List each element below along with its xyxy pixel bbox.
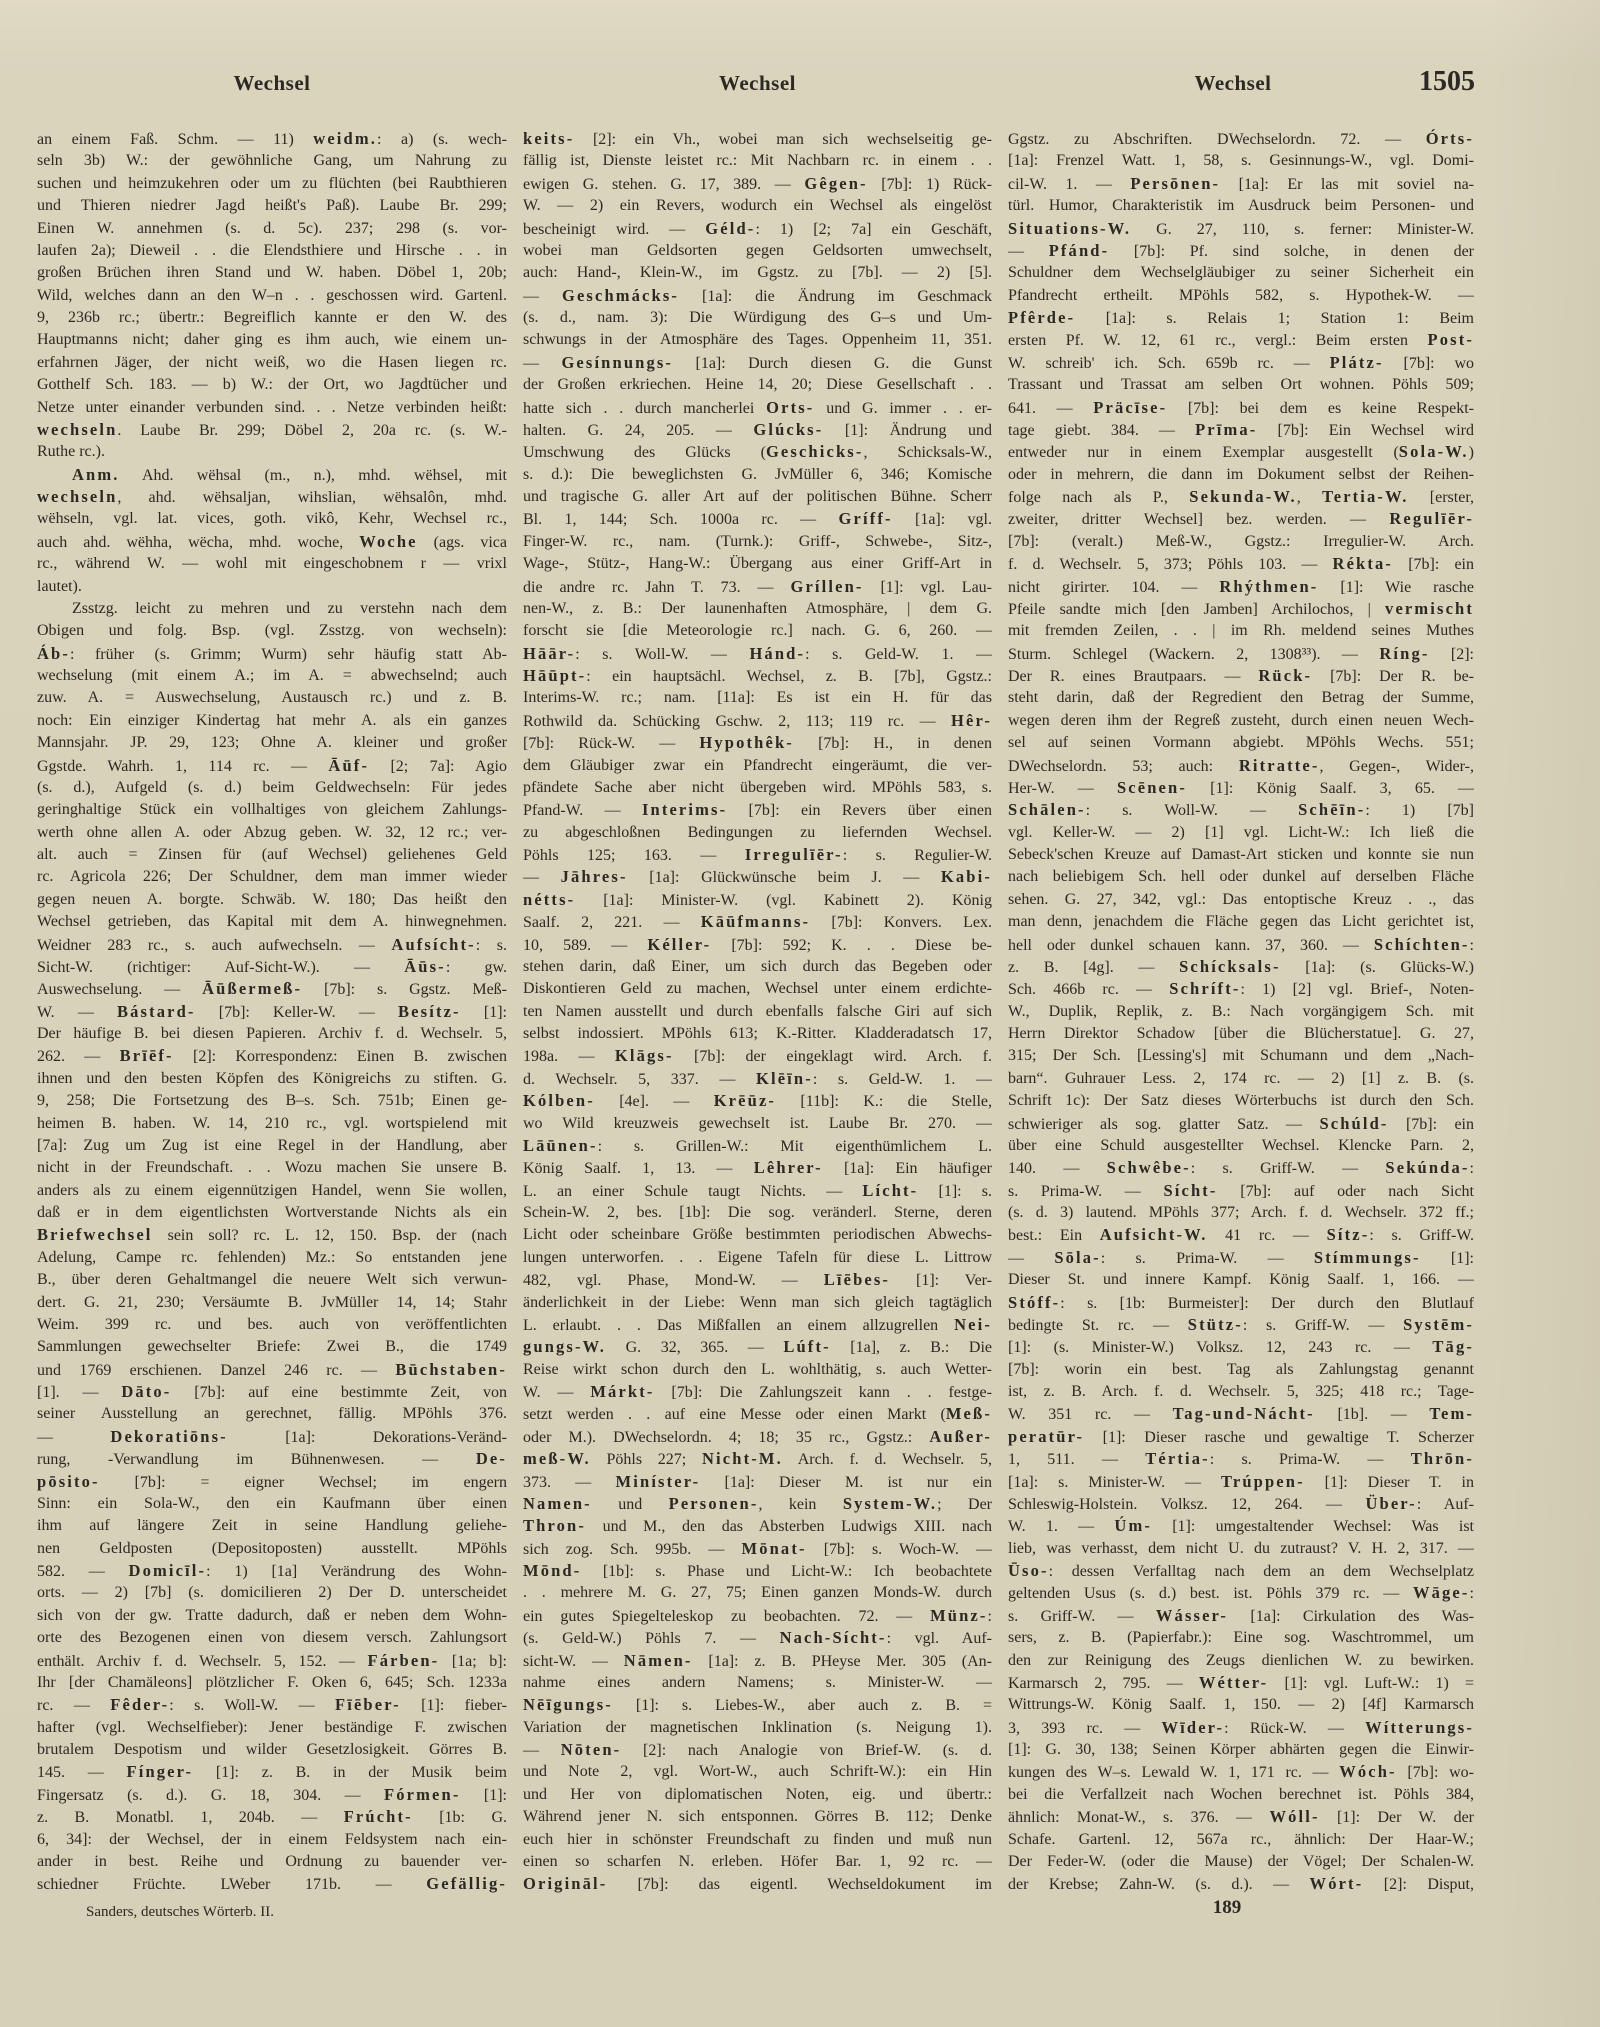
headword: Wétter- xyxy=(1199,1673,1268,1692)
text-line: sich von der gw. Tratte dadurch, daß er … xyxy=(37,1605,507,1627)
column-3: Ggstz. zu Abschriften. DWechselordn. 72.… xyxy=(1008,128,1474,1896)
headword: Besítz- xyxy=(398,1002,461,1021)
text-line: 6, 34]: der Wechsel, der in einem Feldsy… xyxy=(37,1829,507,1851)
text-line: best.: Ein Aufsicht-W. 41 rc. — Sítz-: s… xyxy=(1008,1224,1474,1246)
text-line: Fingersatz (s. d.). G. 18, 304. — Fórmen… xyxy=(37,1784,507,1806)
headword: Ūso- xyxy=(1008,1561,1049,1580)
text-line: ist, z. B. Arch. f. d. Wechselr. 5, 325;… xyxy=(1008,1381,1474,1403)
text-line: — Gesínnungs- [1a]: Durch diesen G. die … xyxy=(523,352,992,374)
text-line: türl. Humor, Charakteristik im Ausdruck … xyxy=(1008,195,1474,217)
text-line: Kólben- [4e]. — Krēūz- [11b]: K.: die St… xyxy=(523,1090,992,1112)
text-line: rung, -Verwandlung im Bühnenwesen. — De- xyxy=(37,1448,507,1470)
headword: Woche xyxy=(359,532,417,551)
text-line: wo Wild kreuzweis gewechselt ist. Laube … xyxy=(523,1113,992,1135)
text-line: und Note 2, vgl. Wort-W., auch Schrift-W… xyxy=(523,1761,992,1783)
headword: Lúft- xyxy=(783,1337,830,1356)
text-line: forscht sie [die Meteorologie rc.] nach.… xyxy=(523,620,992,642)
headword: Pfánd- xyxy=(1049,241,1110,260)
headword: Órts- xyxy=(1426,129,1474,148)
headword: Tag-und-Nácht- xyxy=(1173,1404,1315,1423)
headword: Stímmungs- xyxy=(1314,1248,1421,1267)
text-line: Reise wirkt schon durch den L. wohlthäti… xyxy=(523,1359,992,1381)
text-line: W., Duplik, Replik, z. B.: Nach vorgängi… xyxy=(1008,1001,1474,1023)
headword: Gesínnungs- xyxy=(561,353,673,372)
text-line: gungs-W. G. 32, 365. — Lúft- [1a], z. B.… xyxy=(523,1336,992,1358)
headword: Sekunda-W. xyxy=(1189,487,1297,506)
text-line: bescheinigt wird. — Géld-: 1) [2; 7a] ei… xyxy=(523,218,992,240)
headword: Līēbes- xyxy=(824,1270,890,1289)
text-line: ihnen und den besten Köpfen des Königrei… xyxy=(37,1068,507,1090)
text-line: Einen W. annehmen (s. d. 5c). 237; 298 (… xyxy=(37,218,507,240)
text-line: orts. — 2) [7b] (s. domicilieren 2) Der … xyxy=(37,1582,507,1604)
text-line: (s. d., nam. 3): Die Würdigung des G–s u… xyxy=(523,307,992,329)
text-line: [1]. — Dāto- [7b]: auf eine bestimmte Ze… xyxy=(37,1381,507,1403)
headword: Tāg- xyxy=(1432,1337,1474,1356)
text-line: peratūr- [1]: Dieser rasche und gewaltig… xyxy=(1008,1426,1474,1448)
text-line: entweder nur in einem Exemplar ausgestel… xyxy=(1008,441,1474,463)
headword: De- xyxy=(476,1449,507,1468)
headword: Schālen- xyxy=(1008,800,1086,819)
headword: Nach-Sícht- xyxy=(780,1628,887,1647)
text-line: 641. — Präcīse- [7b]: bei dem es keine R… xyxy=(1008,397,1474,419)
text-line: Rothwild da. Schücking Gschw. 2, 113; 11… xyxy=(523,710,992,732)
text-line: heimen B. haben. W. 14, 210 rc., vgl. wo… xyxy=(37,1113,507,1135)
text-line: Mōnd- [1b]: s. Phase und Licht-W.: Ich b… xyxy=(523,1560,992,1582)
headword: Personen- xyxy=(669,1494,759,1513)
text-line: [1]: (s. Minister-W.) Volksz. 12, 243 rc… xyxy=(1008,1336,1474,1358)
text-line: s. Prima-W. — Sícht- [7b]: auf oder nach… xyxy=(1008,1180,1474,1202)
text-line: barn“. Guhrauer Less. 2, 174 rc. — 2) [1… xyxy=(1008,1068,1474,1090)
text-line: wechseln. Laube Br. 299; Döbel 2, 20a rc… xyxy=(37,419,507,441)
text-line: und 1769 erschienen. Danzel 246 rc. — Bū… xyxy=(37,1359,507,1381)
text-line: Licht oder scheinbare Größe bestimmten p… xyxy=(523,1224,992,1246)
text-line: folge nach als P., Sekunda-W., Tertia-W.… xyxy=(1008,486,1474,508)
text-line: der Krebse; Zahn-W. (s. d.). — Wórt- [2]… xyxy=(1008,1873,1474,1895)
text-line: mit fremden Zeilen, . . | im Rh. meldend… xyxy=(1008,620,1474,642)
headword: Prīma- xyxy=(1195,420,1257,439)
headword: Nei- xyxy=(954,1315,992,1334)
headword: Persōnen- xyxy=(1130,174,1220,193)
text-line: Der R. eines Brautpaars. — Rück- [7b]: D… xyxy=(1008,665,1474,687)
text-line: lieb, was verhasst, dem nicht U. du zutr… xyxy=(1008,1538,1474,1560)
headword: Hêr- xyxy=(951,711,992,730)
text-line: wobei man Geldsorten gegen Geldsorten um… xyxy=(523,240,992,262)
text-line: [1a]: Frenzel Watt. 1, 58, s. Gesinnungs… xyxy=(1008,150,1474,172)
text-line: einen so scharfen N. erleben. Höfer Bar.… xyxy=(523,1851,992,1873)
headword: Sola-W. xyxy=(1399,442,1469,461)
headword: Sōla- xyxy=(1054,1248,1100,1267)
text-line: Schālen-: s. Woll-W. — Schēīn-: 1) [7b] xyxy=(1008,799,1474,821)
text-line: B., über deren Gehaltmangel die neuere W… xyxy=(37,1269,507,1291)
text-line: Sebeck'schen Kreuze auf Damast-Art stick… xyxy=(1008,844,1474,866)
text-line: 3, 393 rc. — Wīder-: Rück-W. — Wítterung… xyxy=(1008,1717,1474,1739)
text-line: laufen 2a); Dieweil . . die Elendsthiere… xyxy=(37,240,507,262)
text-line: (s. d. 3) lautend. MPöhls 377; Arch. f. … xyxy=(1008,1202,1474,1224)
text-line: wechseln, ahd. wëhsaljan, wihslian, wëhs… xyxy=(37,486,507,508)
headword: Präcīse- xyxy=(1093,398,1167,417)
text-line: an einem Faß. Schm. — 11) weidm.: a) (s.… xyxy=(37,128,507,150)
text-line: Pfandrecht ertheilt. MPöhls 582, s. Hypo… xyxy=(1008,285,1474,307)
text-line: Hāār-: s. Woll-W. — Hánd-: s. Geld-W. 1.… xyxy=(523,643,992,665)
text-line: ähnlich: Monat-W., s. 376. — Wóll- [1]: … xyxy=(1008,1806,1474,1828)
headword: Domicīl- xyxy=(129,1561,207,1580)
text-line: auch: Hand-, Klein-W., im Ggstz. zu [7b]… xyxy=(523,262,992,284)
text-line: lautet). xyxy=(37,576,507,598)
text-line: bedingte St. rc. — Stütz-: s. Griff-W. —… xyxy=(1008,1314,1474,1336)
headword: Wóch- xyxy=(1339,1762,1396,1781)
text-line: keits- [2]: ein Vh., wobei man sich wech… xyxy=(523,128,992,150)
headword: System-W. xyxy=(843,1494,937,1513)
text-line: sers, z. B. (Papierfabr.): Eine sog. Was… xyxy=(1008,1627,1474,1649)
text-line: lungen unterworfen. . . Eigene Tafeln fü… xyxy=(523,1247,992,1269)
headword: Thrōn- xyxy=(1411,1449,1474,1468)
headword: Fêder- xyxy=(110,1695,169,1714)
text-line: Nēīgungs- [1]: s. Liebes-W., aber auch z… xyxy=(523,1694,992,1716)
text-line: W. 351 rc. — Tag-und-Nácht- [1b]. — Tem- xyxy=(1008,1403,1474,1425)
headword: Irregulīēr- xyxy=(745,845,843,864)
text-line: Herrn Direktor Schadow [über die Blücher… xyxy=(1008,1023,1474,1045)
headword: Sekúnda- xyxy=(1385,1158,1469,1177)
headword: Kólben- xyxy=(523,1091,595,1110)
headword: Aufsícht- xyxy=(391,935,475,954)
text-line: nen Geldposten (Depositoposten) ausstell… xyxy=(37,1538,507,1560)
text-line: L. an einer Schule taugt Nichts. — Lícht… xyxy=(523,1180,992,1202)
text-line: gegen neuen A. borgte. Schwäb. W. 180; D… xyxy=(37,889,507,911)
text-line: 373. — Miníster- [1a]: Dieser M. ist nur… xyxy=(523,1471,992,1493)
text-line: 582. — Domicīl-: 1) [1a] Verändrung des … xyxy=(37,1560,507,1582)
text-line: geringhaltige Stück ein vollhaltiges von… xyxy=(37,799,507,821)
text-line: 10, 589. — Kéller- [7b]: 592; K. . . Die… xyxy=(523,934,992,956)
headword: Wórt- xyxy=(1310,1874,1364,1893)
headword: Gefällig- xyxy=(426,1874,507,1893)
text-line: steht darin, daß der Regredient den Betr… xyxy=(1008,687,1474,709)
text-line: W. — Márkt- [7b]: Die Zahlungszeit kann … xyxy=(523,1381,992,1403)
text-line: Weidner 283 rc., s. auch aufwechseln. — … xyxy=(37,934,507,956)
headword: Fórmen- xyxy=(384,1785,460,1804)
text-line: seiner Ausstellung an gerechnet, fällig.… xyxy=(37,1403,507,1425)
text-line: orte des Bezogenen einen von diesem vers… xyxy=(37,1627,507,1649)
text-line: änderlichkeit in der Liebe: Wenn man sic… xyxy=(523,1292,992,1314)
text-line: und tragische G. aller Art auf der polit… xyxy=(523,486,992,508)
text-line: 9, 236b rc.; übertr.: Begreiflich kannte… xyxy=(37,307,507,329)
text-line: Situations-W. G. 27, 110, s. ferner: Min… xyxy=(1008,218,1474,240)
headword: wechseln xyxy=(37,420,117,439)
text-line: 315; Der Sch. [Lessing's] mit Schumann u… xyxy=(1008,1045,1474,1067)
headword: Systēm- xyxy=(1403,1315,1474,1334)
text-line: 9, 258; Die Fortsetzung des B–s. Sch. 75… xyxy=(37,1090,507,1112)
text-line: Schrift 1c): Der Satz dieses Wörterbuchs… xyxy=(1008,1090,1474,1112)
footer-note: Sanders, deutsches Wörterb. II. xyxy=(86,1902,274,1922)
text-line: nen-W., z. B.: Der launenhaften Atmosphä… xyxy=(523,598,992,620)
text-line: noch: Ein einziger Kindertag hat mehr A.… xyxy=(37,710,507,732)
text-line: 145. — Fínger- [1]: z. B. in der Musik b… xyxy=(37,1761,507,1783)
text-line: (s. d.), Aufgeld (s. d.) beim Geldwechse… xyxy=(37,777,507,799)
text-line: selbst indossiert. MPöhls 613; K.-Ritter… xyxy=(523,1023,992,1045)
headword: Pfêrde- xyxy=(1008,308,1075,327)
text-line: dert. G. 21, 230; Versäumte B. JvMüller … xyxy=(37,1292,507,1314)
headword: Úm- xyxy=(1114,1516,1152,1535)
text-line: Sch. 466b rc. — Schríft-: 1) [2] vgl. Br… xyxy=(1008,978,1474,1000)
headword: peratūr- xyxy=(1008,1427,1084,1446)
running-head-right: Wechsel xyxy=(1008,71,1458,95)
text-line: 198a. — Klāgs- [7b]: der eingeklagt wird… xyxy=(523,1045,992,1067)
headword: Būchstaben- xyxy=(395,1360,507,1379)
text-line: Diskontieren Geld zu machen, Wechsel unt… xyxy=(523,978,992,1000)
headword: Kéller- xyxy=(647,935,711,954)
text-line: Wage-, Stütz-, Hang-W.: Übergang aus ein… xyxy=(523,553,992,575)
headword: Brīēf- xyxy=(120,1046,174,1065)
text-line: dem Gläubiger zwar ein Pfandrecht einger… xyxy=(523,755,992,777)
headword: Lāūnen- xyxy=(523,1136,598,1155)
headword: Interims- xyxy=(642,800,727,819)
text-line: [7b]: worin ein best. Tag als Zahlungsta… xyxy=(1008,1359,1474,1381)
headword: gungs-W. xyxy=(523,1337,606,1356)
text-line: 482, vgl. Phase, Mond-W. — Līēbes- [1]: … xyxy=(523,1269,992,1291)
headword: Áb- xyxy=(37,644,70,663)
headword: Dāto- xyxy=(121,1382,171,1401)
text-line: hafter (vgl. Wechselfieber): Jener bestä… xyxy=(37,1717,507,1739)
text-line: Zsstzg. leicht zu mehren und zu verstehn… xyxy=(37,598,507,620)
headword: Klāgs- xyxy=(615,1046,674,1065)
text-line: den zur Reinigung des Zeugs dienlichen W… xyxy=(1008,1650,1474,1672)
headword: Meß- xyxy=(946,1404,992,1423)
headword: pōsito- xyxy=(37,1472,100,1491)
page-number: 1505 xyxy=(1395,66,1475,98)
headword: Rück- xyxy=(1258,666,1312,685)
text-line: Hauptmanns nicht; daher ging es ihm auch… xyxy=(37,329,507,351)
text-line: daß er in dem eigentlichsten Wortverstan… xyxy=(37,1202,507,1224)
headword: nétts- xyxy=(523,890,575,909)
headword: Mōnat- xyxy=(741,1539,806,1558)
text-line: Thron- und M., den das Absterben Ludwigs… xyxy=(523,1515,992,1537)
text-line: s. Griff-W. — Wásser- [1a]: Cirkulation … xyxy=(1008,1605,1474,1627)
text-line: enthält. Archiv f. d. Wechselr. 5, 152. … xyxy=(37,1650,507,1672)
text-line: zuw. A. = Auswechselung, Austausch rc.) … xyxy=(37,687,507,709)
headword: Schēīn- xyxy=(1298,800,1365,819)
text-line: ewigen G. stehen. G. 17, 389. — Gêgen- [… xyxy=(523,173,992,195)
headword: Plátz- xyxy=(1330,353,1384,372)
headword: Namen- xyxy=(523,1494,592,1513)
text-line: oder in mehrern, die dann im Dokument se… xyxy=(1008,464,1474,486)
text-line: Her-W. — Scēnen- [1]: König Saalf. 3, 65… xyxy=(1008,777,1474,799)
headword: Miníster- xyxy=(616,1472,701,1491)
headword: Ríng- xyxy=(1379,644,1429,663)
text-line: W. 1. — Úm- [1]: umgestaltender Wechsel:… xyxy=(1008,1515,1474,1537)
headword: Stütz- xyxy=(1188,1315,1243,1334)
headword: Trúppen- xyxy=(1221,1472,1305,1491)
text-line: Pöhls 125; 163. — Irregulīēr-: s. Reguli… xyxy=(523,844,992,866)
text-line: Pfand-W. — Interims- [7b]: ein Revers üb… xyxy=(523,799,992,821)
headword: Hypothêk- xyxy=(699,733,793,752)
text-line: und Her von diplomatischen Noten, eig. u… xyxy=(523,1784,992,1806)
text-line: Anm. Ahd. wëhsal (m., n.), mhd. wëhsel, … xyxy=(37,464,507,486)
text-line: rc. Agricola 226; Der Schuldner, dem man… xyxy=(37,866,507,888)
text-line: Sinn: ein Sola-W., den ein Kaufmann über… xyxy=(37,1493,507,1515)
text-line: Pfêrde- [1a]: s. Relais 1; Station 1: Be… xyxy=(1008,307,1474,329)
text-line: — Pfánd- [7b]: Pf. sind solche, in denen… xyxy=(1008,240,1474,262)
text-line: Bl. 1, 144; Sch. 1000a rc. — Gríff- [1a]… xyxy=(523,508,992,530)
text-line: der Großen erkriechen. Heine 14, 20; Die… xyxy=(523,374,992,396)
headword: Ritratte- xyxy=(1239,756,1320,775)
text-line: z. B. Monatbl. 1, 204b. — Frúcht- [1b: G… xyxy=(37,1806,507,1828)
text-line: anders als zu einem eigennützigen Handel… xyxy=(37,1180,507,1202)
text-line: werth ohne allen A. oder Abzug geben. W.… xyxy=(37,822,507,844)
text-line: Namen- und Personen-, kein System-W.; De… xyxy=(523,1493,992,1515)
text-line: Sturm. Schlegel (Wackern. 2, 1308³³). — … xyxy=(1008,643,1474,665)
headword: Wásser- xyxy=(1156,1606,1228,1625)
headword: Regulīēr- xyxy=(1389,509,1474,528)
headword: Wóll- xyxy=(1269,1807,1319,1826)
text-line: pōsito- [7b]: = eigner Wechsel; im enger… xyxy=(37,1471,507,1493)
text-line: alt. auch = Zinsen für (auf Wechsel) gel… xyxy=(37,844,507,866)
headword: Sícht- xyxy=(1163,1181,1217,1200)
text-line: W. — 2) ein Revers, wodurch ein Wechsel … xyxy=(523,195,992,217)
text-line: vgl. Keller-W. — 2) [1] vgl. Licht-W.: I… xyxy=(1008,822,1474,844)
text-line: und Thieren niedrer Jagd heißt's Paß). L… xyxy=(37,195,507,217)
text-line: Auswechselung. — Āūßermeß- [7b]: s. Ggst… xyxy=(37,978,507,1000)
headword: Scēnen- xyxy=(1117,778,1187,797)
text-line: sel auf seinen Vormann abgiebt. MPöhls W… xyxy=(1008,732,1474,754)
text-line: W. — Bástard- [7b]: Keller-W. — Besítz- … xyxy=(37,1001,507,1023)
headword: Origināl- xyxy=(523,1874,607,1893)
text-line: Wittrungs-W. König Saalf. 1, 150. — 2) [… xyxy=(1008,1694,1474,1716)
headword: Über- xyxy=(1365,1494,1416,1513)
text-line: wegen deren ihm der Regreß zusteht, durc… xyxy=(1008,710,1474,732)
text-line: Dieser St. und innere Kampf. König Saalf… xyxy=(1008,1269,1474,1291)
text-line: halten. G. 24, 205. — Glúcks- [1]: Ändru… xyxy=(523,419,992,441)
headword: Stóff- xyxy=(1008,1293,1060,1312)
text-line: Ruthe rc.). xyxy=(37,441,507,463)
text-line: erfahrnen Jäger, der nicht weiß, wo die … xyxy=(37,352,507,374)
text-line: Ihr [der Chamäleons] plötzlicher F. Oken… xyxy=(37,1672,507,1694)
text-line: Áb-: früher (s. Grimm; Wurm) sehr häufig… xyxy=(37,643,507,665)
text-line: auch ahd. wëhha, wëcha, mhd. woche, Woch… xyxy=(37,531,507,553)
headword: Orts- xyxy=(766,398,814,417)
text-line: Variation der magnetischen Inklination (… xyxy=(523,1717,992,1739)
text-line: nicht girirter. 104. — Rhýthmen- [1]: Wi… xyxy=(1008,576,1474,598)
text-line: Ggstde. Wahrh. 1, 114 rc. — Āūf- [2; 7a]… xyxy=(37,755,507,777)
signature-mark: 189 xyxy=(1197,1896,1257,1920)
headword: Anm. xyxy=(72,465,120,484)
text-line: tage giebt. 384. — Prīma- [7b]: Ein Wech… xyxy=(1008,419,1474,441)
text-line: d. Wechselr. 5, 337. — Klēīn-: s. Geld-W… xyxy=(523,1068,992,1090)
headword: meß-W. xyxy=(523,1449,591,1468)
text-line: cil-W. 1. — Persōnen- [1a]: Er las mit s… xyxy=(1008,173,1474,195)
text-line: Während jener N. sich entsponnen. Görres… xyxy=(523,1806,992,1828)
headword: Frúcht- xyxy=(344,1807,413,1826)
text-line: Schleswig-Holstein. Volksz. 12, 264. — Ü… xyxy=(1008,1493,1474,1515)
text-line: Netze unter einander verbunden sind. . .… xyxy=(37,397,507,419)
headword: Tertia-W. xyxy=(1322,487,1408,506)
text-line: bei die Verfallzeit nach Wochen berechne… xyxy=(1008,1784,1474,1806)
headword: Geschicks- xyxy=(766,442,864,461)
headword: Gríff- xyxy=(839,509,893,528)
text-line: sicht-W. — Nāmen- [1a]: z. B. PHeyse Mer… xyxy=(523,1650,992,1672)
headword: Briefwechsel xyxy=(37,1225,153,1244)
text-line: L. erlaubt. . . Das Mißfallen an einem a… xyxy=(523,1314,992,1336)
column-1: an einem Faß. Schm. — 11) weidm.: a) (s.… xyxy=(37,128,507,1896)
headword: Geschmácks- xyxy=(562,286,679,305)
column-2: keits- [2]: ein Vh., wobei man sich wech… xyxy=(523,128,992,1896)
text-line: Finger-W. rc., nam. (Turnk.): Griff-, Sc… xyxy=(523,531,992,553)
headword: Krēūz- xyxy=(714,1091,776,1110)
paper-edge-shading xyxy=(1490,0,1600,2027)
text-line: [1a]: s. Minister-W. — Trúppen- [1]: Die… xyxy=(1008,1471,1474,1493)
headword: Wāge- xyxy=(1413,1583,1470,1602)
text-line: schiedner Früchte. LWeber 171b. — Gefäll… xyxy=(37,1873,507,1895)
text-line: Schuldner dem Wechselgläubiger zu seiner… xyxy=(1008,262,1474,284)
text-line: Der Feder-W. (oder die Mause) der Vögel;… xyxy=(1008,1851,1474,1873)
text-line: Gotthelf Sch. 183. — b) W.: der Ort, wo … xyxy=(37,374,507,396)
headword: Schríft- xyxy=(1169,979,1240,998)
headword: Tértia- xyxy=(1145,1449,1210,1468)
text-line: Wechsel getrieben, das Kapital mit dem A… xyxy=(37,911,507,933)
text-line: — Jāhres- [1a]: Glückwünsche beim J. — K… xyxy=(523,866,992,888)
headword: Schúld- xyxy=(1319,1114,1388,1133)
text-line: König Saalf. 1, 13. — Lêhrer- [1a]: Ein … xyxy=(523,1157,992,1179)
headword: Schícksals- xyxy=(1179,957,1281,976)
text-line: kungen des W–s. Lewald W. 1, 171 rc. — W… xyxy=(1008,1761,1474,1783)
text-line: Stóff-: s. [1b: Burmeister]: Der durch d… xyxy=(1008,1292,1474,1314)
text-line: großen Brüchen ihren Stand und W. haben.… xyxy=(37,262,507,284)
text-line: über eine Schuld ausgestellter Wechsel. … xyxy=(1008,1135,1474,1157)
text-line: zweiter, dritter Wechsel] bez. werden. —… xyxy=(1008,508,1474,530)
text-line: Trassant und Trassat am selben Ort wohne… xyxy=(1008,374,1474,396)
text-line: pfändete Sache aber nicht übergeben wird… xyxy=(523,777,992,799)
text-line: Adelung, Campe rc. fehlenden) Mz.: So en… xyxy=(37,1247,507,1269)
text-line: fällig ist, Dienste leistet rc.: Mit Nac… xyxy=(523,150,992,172)
text-line: man denn, jenachdem die Fläche gegen das… xyxy=(1008,911,1474,933)
headword: Schwêbe- xyxy=(1107,1158,1191,1177)
headword: Géld- xyxy=(705,219,755,238)
text-line: [1]: G. 30, 138; Seinen Körper abhärten … xyxy=(1008,1739,1474,1761)
text-line: — Geschmácks- [1a]: die Ändrung im Gesch… xyxy=(523,285,992,307)
text-line: wëhseln, vgl. lat. vices, goth. vikô, Ke… xyxy=(37,508,507,530)
text-line: schwungs in der Atmosphäre des Tages. Op… xyxy=(523,329,992,351)
text-line: ersten Pf. W. 12, 61 rc., vergl.: Beim e… xyxy=(1008,329,1474,351)
text-line: Mannsjahr. JP. 29, 123; Ohne A. kleiner … xyxy=(37,732,507,754)
text-line: Ggstz. zu Abschriften. DWechselordn. 72.… xyxy=(1008,128,1474,150)
text-line: DWechselordn. 53; auch: Ritratte-, Gegen… xyxy=(1008,755,1474,777)
text-line: rc. — Fêder-: s. Woll-W. — Fīēber- [1]: … xyxy=(37,1694,507,1716)
headword: Nicht-M. xyxy=(702,1449,783,1468)
text-line: Schein-W. 2, bes. [1b]: Die sog. verände… xyxy=(523,1202,992,1224)
headword: Sítz- xyxy=(1327,1225,1370,1244)
headword: Gríllen- xyxy=(790,577,863,596)
text-line: [7b]: Rück-W. — Hypothêk- [7b]: H., in d… xyxy=(523,732,992,754)
text-line: seln 3b) W.: der gewöhnliche Gang, um Na… xyxy=(37,150,507,172)
headword: Lícht- xyxy=(862,1181,918,1200)
text-line: sich zog. Sch. 995b. — Mōnat- [7b]: s. W… xyxy=(523,1538,992,1560)
headword: keits- xyxy=(523,129,574,148)
text-line: Ūso-: dessen Verfalltag nach dem an dem … xyxy=(1008,1560,1474,1582)
text-line: Briefwechsel sein soll? rc. L. 12, 150. … xyxy=(37,1224,507,1246)
text-line: — Sōla-: s. Prima-W. — Stímmungs- [1]: xyxy=(1008,1247,1474,1269)
headword: Hánd- xyxy=(749,644,805,663)
text-line: ten Namen ausstellt und durch ebenfalls … xyxy=(523,1001,992,1023)
text-line: setzt werden . . auf eine Messe oder ein… xyxy=(523,1403,992,1425)
text-line: rc., während W. — wohl mit eingeschobnem… xyxy=(37,553,507,575)
text-line: Lāūnen-: s. Grillen-W.: Mit eigenthümlic… xyxy=(523,1135,992,1157)
headword: Bástard- xyxy=(117,1002,196,1021)
headword: Schíchten- xyxy=(1374,935,1470,954)
text-line: z. B. [4g]. — Schícksals- [1a]: (s. Glüc… xyxy=(1008,956,1474,978)
headword: Thron- xyxy=(523,1516,586,1535)
text-line: Schafe. Gartenl. 12, 567a rc., ähnlich: … xyxy=(1008,1829,1474,1851)
text-line: suchen und heimzukehren oder um zu flüch… xyxy=(37,173,507,195)
headword: vermischt xyxy=(1385,599,1474,618)
headword: Gêgen- xyxy=(804,174,867,193)
